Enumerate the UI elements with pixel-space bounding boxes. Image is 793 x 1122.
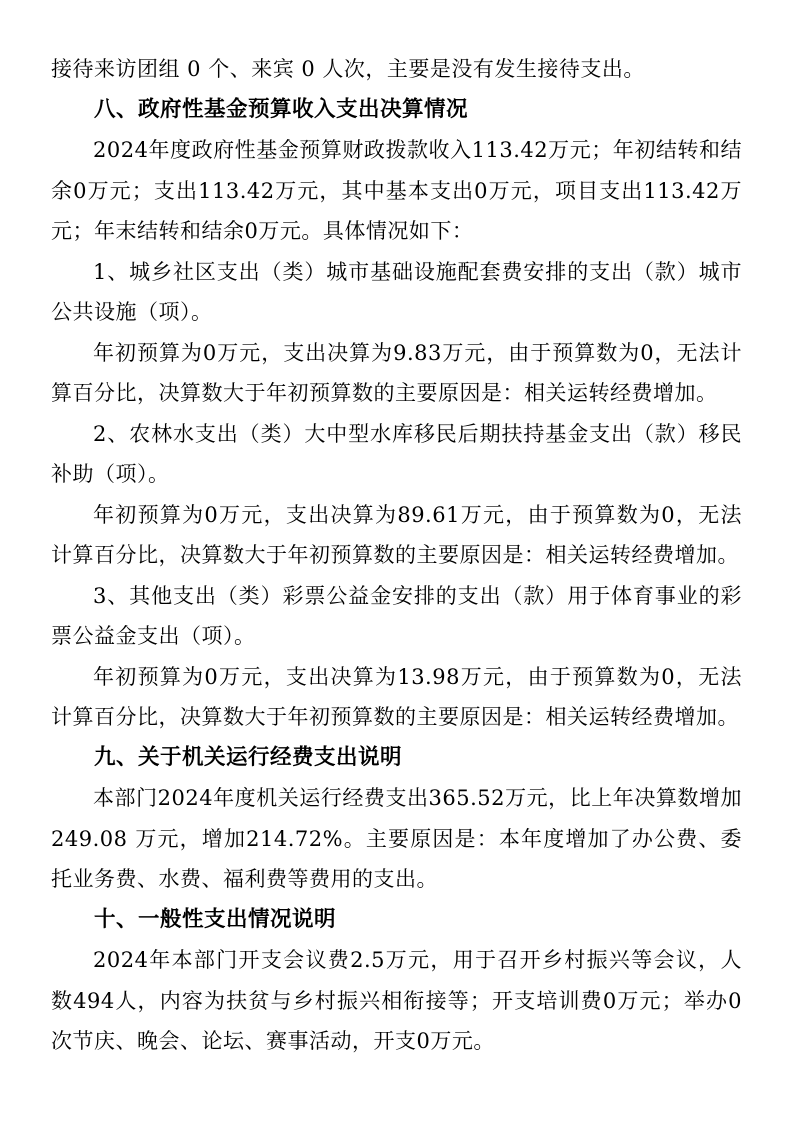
paragraph-general-expense-detail: 2024年本部门开支会议费2.5万元，用于召开乡村振兴等会议，人数494人，内容… [51, 940, 742, 1062]
paragraph-item-2-budget-detail: 年初预算为0万元，支出决算为89.61万元，由于预算数为0，无法计算百分比，决算… [51, 495, 742, 576]
heading-section-10-general-expense: 十、一般性支出情况说明 [51, 900, 742, 941]
paragraph-fund-budget-summary: 2024年度政府性基金预算财政拨款收入113.42万元；年初结转和结余0万元；支… [51, 130, 742, 252]
heading-section-9-agency-operating-expense: 九、关于机关运行经费支出说明 [51, 738, 742, 779]
paragraph-item-3-lottery-fund-expense: 3、其他支出（类）彩票公益金安排的支出（款）用于体育事业的彩票公益金支出（项）。 [51, 576, 742, 657]
paragraph-item-1-urban-community-expense: 1、城乡社区支出（类）城市基础设施配套费安排的支出（款）城市公共设施（项）。 [51, 252, 742, 333]
paragraph-item-3-budget-detail: 年初预算为0万元，支出决算为13.98万元，由于预算数为0，无法计算百分比，决算… [51, 657, 742, 738]
paragraph-item-1-budget-detail: 年初预算为0万元，支出决算为9.83万元，由于预算数为0，无法计算百分比，决算数… [51, 333, 742, 414]
heading-section-8-government-fund-budget: 八、政府性基金预算收入支出决算情况 [51, 90, 742, 131]
document-page: 接待来访团组 0 个、来宾 0 人次，主要是没有发生接待支出。 八、政府性基金预… [0, 0, 793, 1122]
paragraph-reception-expense-continuation: 接待来访团组 0 个、来宾 0 人次，主要是没有发生接待支出。 [51, 49, 742, 90]
paragraph-item-2-agriculture-water-expense: 2、农林水支出（类）大中型水库移民后期扶持基金支出（款）移民补助（项）。 [51, 414, 742, 495]
paragraph-operating-expense-detail: 本部门2024年度机关运行经费支出365.52万元，比上年决算数增加249.08… [51, 778, 742, 900]
